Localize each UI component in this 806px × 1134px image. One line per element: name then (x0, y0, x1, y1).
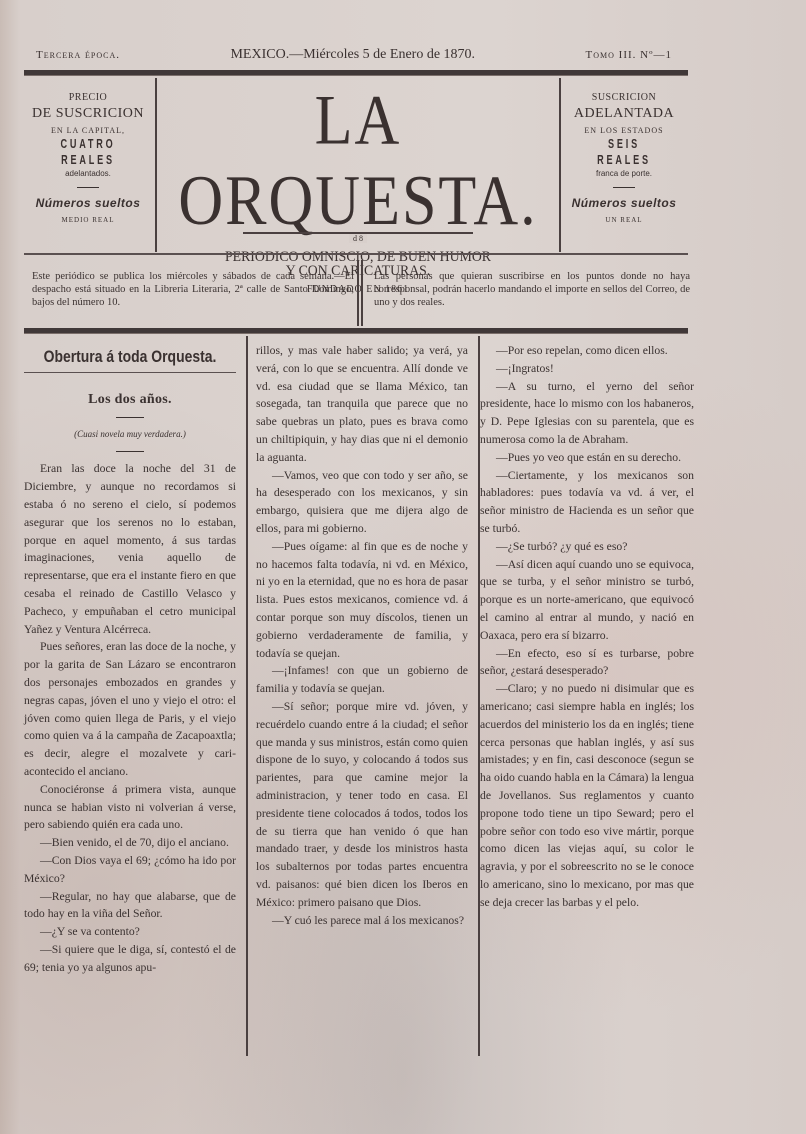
states-price: SEIS REALES (579, 136, 669, 169)
paragraph: —A su turno, el yerno del señor presiden… (480, 378, 694, 449)
notice-divider (361, 260, 363, 326)
ornament-glyph: d 8 (349, 234, 367, 243)
advance-note: adelantados. (24, 169, 152, 179)
paragraph: —¡Infames! con que un gobierno de famili… (256, 662, 468, 698)
dateline: MEXICO.—Miércoles 5 de Enero de 1870. (230, 47, 475, 63)
newspaper-page: Tercera época. MEXICO.—Miércoles 5 de En… (24, 0, 688, 1134)
volume-number: Tomo III. Nº—1 (586, 49, 672, 61)
single-issue-price: MEDIO REAL (24, 216, 152, 225)
article-column-3: —Por eso repelan, como dicen ellos. —¡In… (480, 342, 694, 912)
column-divider (246, 336, 248, 1056)
divider (116, 417, 144, 418)
ornament-rule: d 8 (243, 228, 473, 238)
paragraph: Eran las doce la noche del 31 de Diciemb… (24, 460, 236, 638)
paragraph: —Regular, no hay que alabarse, que de to… (24, 888, 236, 924)
subscription-box-capital: PRECIO DE SUSCRICION EN LA CAPITAL, CUAT… (24, 92, 152, 225)
article-headline: Los dos años. (24, 391, 236, 409)
paragraph: —Bien venido, el de 70, dijo el anciano. (24, 834, 236, 852)
paragraph: —¿Se turbó? ¿y qué es eso? (480, 538, 694, 556)
paragraph: —Si quiere que le diga, sí, contestó el … (24, 941, 236, 977)
paragraph: —¿Y se va contento? (24, 923, 236, 941)
paragraph: —En efecto, eso sí es turbarse, pobre se… (480, 645, 694, 681)
paragraph: Pues señores, eran las doce de la noche,… (24, 638, 236, 780)
single-issue-label: Números sueltos (560, 196, 688, 211)
paragraph: —Y cuó les parece mal á los mexicanos? (256, 912, 468, 930)
states-label: EN LOS ESTADOS (560, 126, 688, 136)
section-rule (24, 372, 236, 373)
paragraph: —Por eso repelan, como dicen ellos. (480, 342, 694, 360)
subscription-box-states: SUSCRICION ADELANTADA EN LOS ESTADOS SEI… (560, 92, 688, 225)
paragraph: —Sí señor; porque mire vd. jóven, y recu… (256, 698, 468, 912)
single-issue-label: Números sueltos (24, 196, 152, 211)
publication-notice: Este periódico se publica los miércoles … (32, 270, 354, 309)
paragraph: —Así dicen aquí cuando uno se equivoca, … (480, 556, 694, 645)
article-column-1: Obertura á toda Orquesta. Los dos años. … (24, 342, 236, 977)
notice-bottom-rule (24, 328, 688, 334)
notice-divider (357, 260, 359, 326)
paragraph: —¡Ingratos! (480, 360, 694, 378)
capital-price: CUATRO REALES (43, 136, 133, 169)
single-issue-price: UN REAL (560, 216, 688, 225)
paragraph: rillos, y mas vale haber salido; ya verá… (256, 342, 468, 467)
paragraph: —Con Dios vaya el 69; ¿cómo ha ido por M… (24, 852, 236, 888)
newspaper-title: LA ORQUESTA. (156, 80, 560, 241)
divider (116, 451, 144, 452)
price-heading: PRECIO (24, 92, 152, 105)
paragraph: —Pues oígame: al fin que es de noche y n… (256, 538, 468, 663)
divider (613, 187, 635, 189)
subscription-notice: Las personas que quieran suscribirse en … (374, 270, 690, 309)
paragraph: Conociéronse á primera vista, aunque nun… (24, 781, 236, 834)
subscription-heading: DE SUSCRICION (24, 105, 152, 123)
section-title: Obertura á toda Orquesta. (43, 348, 217, 366)
top-rule (24, 70, 688, 76)
epoch-label: Tercera época. (36, 49, 120, 61)
masthead-line: Tercera época. MEXICO.—Miércoles 5 de En… (24, 48, 688, 62)
article-column-2: rillos, y mas vale haber salido; ya verá… (256, 342, 468, 929)
paragraph: —Claro; y no puedo ni disimular que es a… (480, 680, 694, 911)
divider (77, 187, 99, 189)
subscription-heading: SUSCRICION (560, 92, 688, 105)
paragraph: —Vamos, veo que con todo y ser año, se h… (256, 467, 468, 538)
header-bottom-rule (24, 253, 688, 255)
paragraph: —Ciertamente, y los mexicanos son hablad… (480, 467, 694, 538)
article-subtitle: (Cuasi novela muy verdadera.) (24, 426, 236, 444)
paragraph: —Pues yo veo que están en su derecho. (480, 449, 694, 467)
advance-heading: ADELANTADA (560, 105, 688, 123)
capital-label: EN LA CAPITAL, (24, 126, 152, 136)
postage-note: franca de porte. (560, 169, 688, 179)
